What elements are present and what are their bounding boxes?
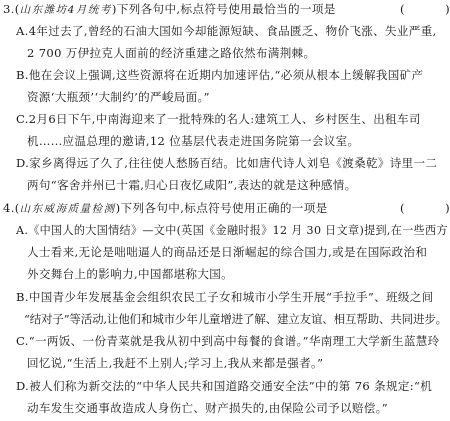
option-label: C. (16, 112, 29, 126)
question-source: 山东威海质量检测 (20, 203, 116, 215)
q4-option-d: D.被人们称为新交法的“中华人民共和国道路交通安全法”中的第 76 条规定:“机 (16, 377, 448, 395)
option-label: D. (16, 156, 29, 170)
option-text: 动车发生交通事故造成人身伤亡、财产损失的,由保险公司予以赔偿。” (27, 401, 388, 415)
q3-option-c-cont: 机……应温总理的邀请,12 位基层代表走进国务院第一会议室。 (27, 132, 448, 150)
q4-option-a: A.《中国人的大国情结》—文中(英国《金融时报》12 月 30 日文章)提到,在… (16, 221, 431, 239)
q3-option-c: C.2月6日下午,中南海迎来了一批特殊的名人:建筑工人、乡村医生、出租车司 (16, 110, 448, 128)
q4-option-b-cont: “结对子”等活动,让他们和城市少年儿童增进了解、建立友谊、相互帮助、共同进步。 (24, 310, 448, 328)
option-text: 2月6日下午,中南海迎来了一批特殊的名人:建筑工人、乡村医生、出租车司 (29, 112, 421, 126)
option-text: “结对子”等活动,让他们和城市少年儿童增进了解、建立友谊、相互帮助、共同进步。 (24, 312, 447, 326)
option-text: 《中国人的大国情结》—文中(英国《金融时报》12 月 30 日文章)提到,在一些… (28, 223, 448, 237)
option-text: 家乡离得远了久了,往往使人愁肠百结。比如唐代诗人刘皂《渡桑乾》诗里一二 (29, 156, 437, 170)
q4-option-a-cont: 人士看来,无论是咄咄逼人的商品还是日渐崛起的综合国力,或是在国际政治和 (27, 243, 448, 261)
option-text: 两句“客舍并州已十霜,归心日夜忆咸阳”,表达的就是这种感情。 (27, 178, 357, 192)
q3-option-d: D.家乡离得远了久了,往往使人愁肠百结。比如唐代诗人刘皂《渡桑乾》诗里一二 (16, 154, 448, 172)
q4-option-c-cont: 回忆说,“生活上,我赶不上别人;学习上,我从来都是强者。” (27, 354, 448, 372)
question-number: 4. (3, 201, 15, 215)
question-3-header: 3.(山东潍坊4月统考)下列各句中,标点符号使用最恰当的一项是 () (3, 0, 450, 18)
option-label: A. (16, 24, 29, 38)
question-stem: 下列各句中,标点符号使用正确的一项是 (121, 201, 328, 215)
option-text: 外交舞台上的影响力,中国都堪称大国。 (27, 267, 233, 281)
q3-option-a: A.4年过去了,曾经的石油大国如今却能源短缺、食品匮乏、物价飞涨、失业严重, (16, 22, 448, 40)
q4-option-a-cont2: 外交舞台上的影响力,中国都堪称大国。 (27, 265, 448, 283)
q3-option-d-cont: 两句“客舍并州已十霜,归心日夜忆咸阳”,表达的就是这种感情。 (27, 176, 448, 194)
answer-blank[interactable]: () (400, 0, 450, 18)
option-text: 4年过去了,曾经的石油大国如今却能源短缺、食品匮乏、物价飞涨、失业严重, (29, 24, 437, 38)
answer-blank[interactable]: () (400, 199, 450, 217)
question-4-header: 4.(山东威海质量检测)下列各句中,标点符号使用正确的一项是 () (3, 199, 450, 217)
option-text: “一两饭、一份青菜就是我从初中到高中每餐的食谱。”华南理工大学新生蓝慧玲 (29, 334, 440, 348)
option-text: 资源‘大瓶颈’‘大制约’的严峻局面。” (27, 90, 210, 104)
question-source: 山东潍坊4月统考 (20, 4, 112, 16)
option-text: 中国青少年发展基金会组织农民工子女和城市小学生开展“手拉手”、班级之间 (29, 290, 434, 304)
option-label: C. (16, 334, 29, 348)
option-label: D. (16, 379, 29, 393)
option-text: 机……应温总理的邀请,12 位基层代表走进国务院第一会议室。 (27, 134, 359, 148)
q3-option-b: B.他在会议上强调,这些资源将在近期内加速评估,“必须从根本上缓解我国矿产 (16, 66, 448, 84)
q3-option-a-cont: 2 700 万伊拉克人面前的经济重建之路依然布满荆棘。 (27, 44, 448, 62)
q4-option-b: B.中国青少年发展基金会组织农民工子女和城市小学生开展“手拉手”、班级之间 (16, 288, 448, 306)
option-text: 2 700 万伊拉克人面前的经济重建之路依然布满荆棘。 (27, 46, 315, 60)
option-label: B. (16, 68, 29, 82)
option-label: A. (16, 223, 28, 237)
q3-option-b-cont: 资源‘大瓶颈’‘大制约’的严峻局面。” (27, 88, 448, 106)
option-text: 他在会议上强调,这些资源将在近期内加速评估,“必须从根本上缓解我国矿产 (29, 68, 424, 82)
option-label: B. (16, 290, 29, 304)
option-text: 回忆说,“生活上,我赶不上别人;学习上,我从来都是强者。” (27, 356, 323, 370)
q4-option-d-cont: 动车发生交通事故造成人身伤亡、财产损失的,由保险公司予以赔偿。” (27, 399, 448, 417)
exam-page: 3.(山东潍坊4月统考)下列各句中,标点符号使用最恰当的一项是 () A.4年过… (0, 0, 450, 421)
option-text: 人士看来,无论是咄咄逼人的商品还是日渐崛起的综合国力,或是在国际政治和 (27, 245, 427, 259)
question-stem: 下列各句中,标点符号使用最恰当的一项是 (117, 2, 336, 16)
question-number: 3. (3, 2, 15, 16)
q4-option-c: C.“一两饭、一份青菜就是我从初中到高中每餐的食谱。”华南理工大学新生蓝慧玲 (16, 332, 448, 350)
option-text: 被人们称为新交法的“中华人民共和国道路交通安全法”中的第 76 条规定:“机 (29, 379, 432, 393)
